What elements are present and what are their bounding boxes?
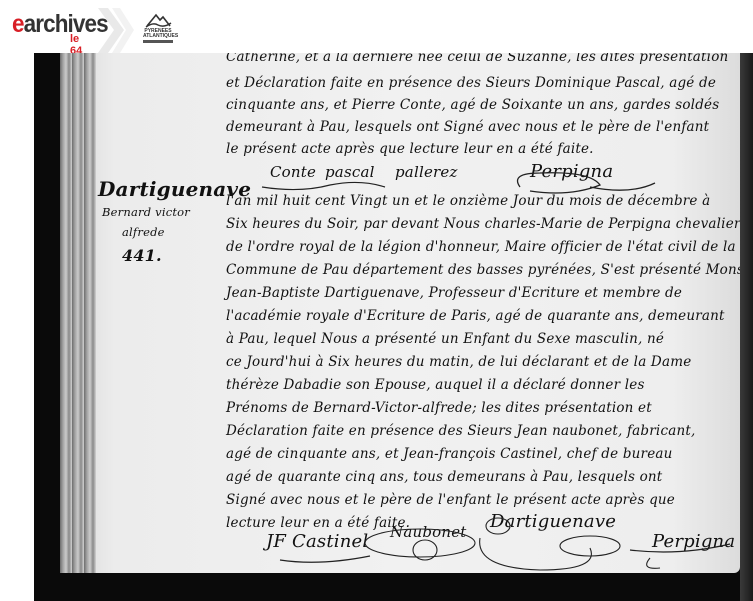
dept-line2: ATLANTIQUES bbox=[143, 34, 173, 39]
margin-given-names: alfrede bbox=[122, 225, 165, 239]
record-line: Signé avec nous et le père de l'enfant l… bbox=[226, 492, 675, 508]
record-line: l'an mil huit cent Vingt un et le onzièm… bbox=[226, 193, 710, 209]
record-line: à Pau, lequel Nous a présenté un Enfant … bbox=[226, 331, 664, 347]
page-right-edge bbox=[740, 53, 753, 601]
chevron-decoration-icon bbox=[98, 8, 134, 53]
signature-flourish bbox=[260, 173, 390, 193]
logo-e: e bbox=[12, 10, 24, 38]
previous-record-line: Catherine, et a la dernière née celui de… bbox=[226, 53, 728, 65]
signature: pallerez bbox=[395, 163, 458, 181]
record-line: de l'ordre royal de la légion d'honneur,… bbox=[226, 239, 736, 255]
record-line: Six heures du Soir, par devant Nous char… bbox=[226, 216, 741, 232]
logo-wordmark: earchives bbox=[12, 10, 108, 38]
record-line: Commune de Pau département des basses py… bbox=[226, 262, 753, 278]
previous-record-line: et Déclaration faite en présence des Sie… bbox=[226, 75, 716, 91]
record-line: agé de quarante cinq ans, tous demeurans… bbox=[226, 469, 662, 485]
logo-archives: archives bbox=[24, 10, 108, 38]
record-line: l'académie royale d'Ecriture de Paris, a… bbox=[226, 308, 725, 324]
previous-record-line: le présent acte après que lecture leur e… bbox=[226, 141, 594, 157]
mountain-wave-icon bbox=[143, 12, 173, 29]
record-line: Prénoms de Bernard-Victor-alfrede; les d… bbox=[226, 400, 652, 416]
site-header: earchives le 64 PYRENEES ATLANTIQUES bbox=[0, 0, 753, 53]
signature-flourishes bbox=[260, 508, 740, 573]
previous-record-line: cinquante ans, et Pierre Conte, agé de S… bbox=[226, 97, 719, 113]
register-page: Catherine, et a la dernière née celui de… bbox=[60, 53, 740, 573]
margin-given-names: Bernard victor bbox=[102, 205, 190, 219]
pyrenees-atlantiques-logo[interactable]: PYRENEES ATLANTIQUES bbox=[143, 12, 173, 46]
record-line: thérèze Dabadie son Epouse, auquel il a … bbox=[226, 377, 645, 393]
document-viewer[interactable]: Catherine, et a la dernière née celui de… bbox=[34, 53, 753, 601]
record-line: Jean-Baptiste Dartiguenave, Professeur d… bbox=[226, 285, 682, 301]
dept-bar bbox=[143, 40, 173, 43]
record-number: 441. bbox=[122, 246, 162, 265]
record-line: Déclaration faite en présence des Sieurs… bbox=[226, 423, 695, 439]
record-line: ce Jourd'hui à Six heures du matin, de l… bbox=[226, 354, 691, 370]
record-line: agé de cinquante ans, et Jean-françois C… bbox=[226, 446, 673, 462]
page-binding bbox=[60, 53, 96, 573]
previous-record-line: demeurant à Pau, lesquels ont Signé avec… bbox=[226, 119, 709, 135]
dept-logo-text: PYRENEES ATLANTIQUES bbox=[143, 29, 173, 43]
